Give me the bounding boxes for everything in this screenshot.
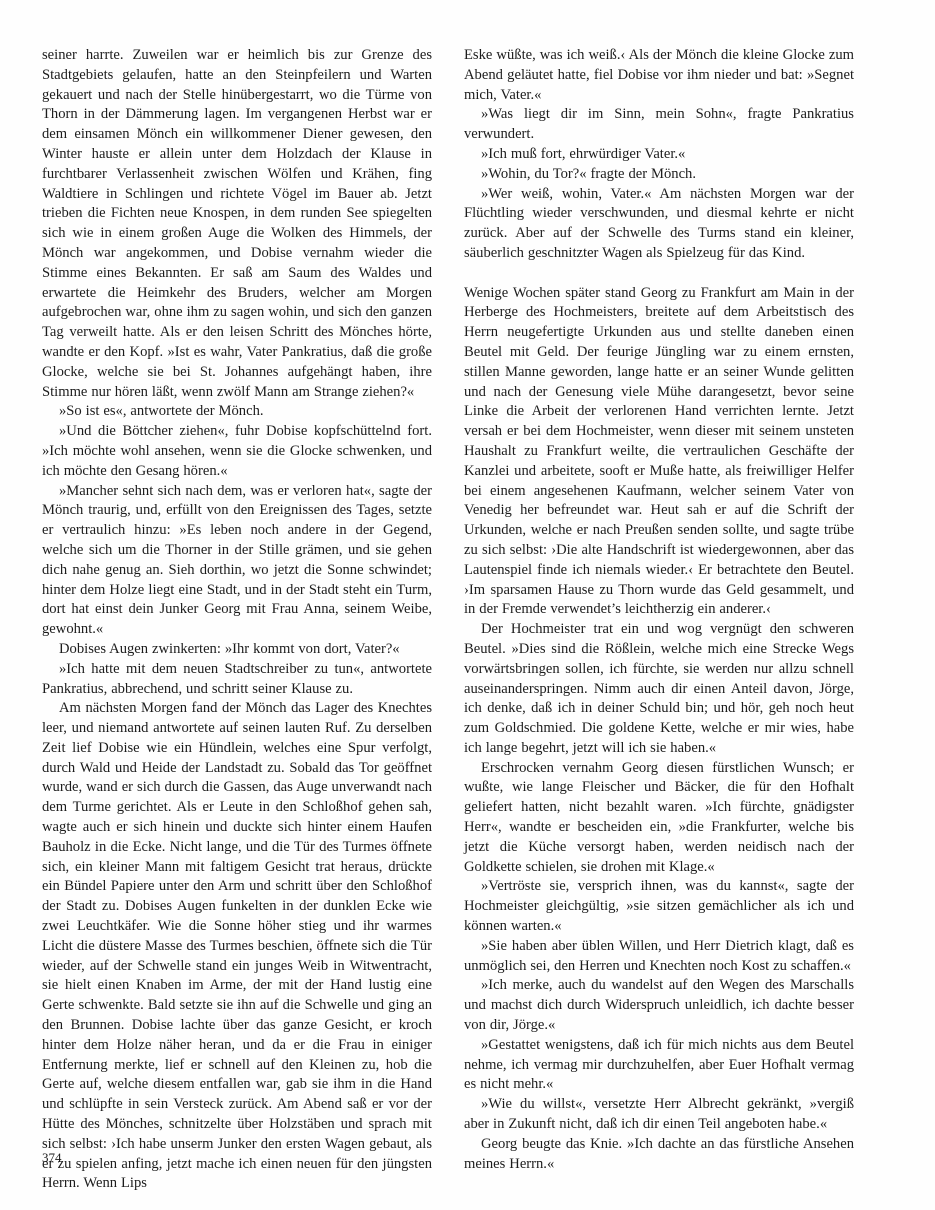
body-paragraph: Dobises Augen zwinkerten: »Ihr kommt von…: [42, 640, 432, 660]
body-paragraph: Am nächsten Morgen fand der Mönch das La…: [42, 699, 432, 1194]
body-paragraph: »Ich muß fort, ehrwürdiger Vater.«: [464, 145, 854, 165]
text-block: seiner harrte. Zuweilen war er heimlich …: [42, 46, 854, 1194]
body-paragraph: »Und die Böttcher ziehen«, fuhr Dobise k…: [42, 422, 432, 481]
body-paragraph: »Ich hatte mit dem neuen Stadtschreiber …: [42, 660, 432, 700]
body-paragraph: Erschrocken vernahm Georg diesen fürstli…: [464, 759, 854, 878]
body-paragraph: »Sie haben aber üblen Willen, und Herr D…: [464, 937, 854, 977]
left-column: seiner harrte. Zuweilen war er heimlich …: [42, 46, 432, 1194]
body-paragraph: seiner harrte. Zuweilen war er heimlich …: [42, 46, 432, 402]
body-paragraph: »Wohin, du Tor?« fragte der Mönch.: [464, 165, 854, 185]
body-paragraph: »Wie du willst«, versetzte Herr Albrecht…: [464, 1095, 854, 1135]
body-paragraph: »Vertröste sie, versprich ihnen, was du …: [464, 877, 854, 936]
body-paragraph: »Was liegt dir im Sinn, mein Sohn«, frag…: [464, 105, 854, 145]
section-start-paragraph: Wenige Wochen später stand Georg zu Fran…: [464, 284, 854, 621]
body-paragraph: »Gestattet wenigstens, daß ich für mich …: [464, 1036, 854, 1095]
body-paragraph: »Ich merke, auch du wandelst auf den Weg…: [464, 976, 854, 1035]
book-page: seiner harrte. Zuweilen war er heimlich …: [0, 0, 935, 1210]
body-paragraph: Der Hochmeister trat ein und wog vergnüg…: [464, 620, 854, 759]
body-paragraph: »Wer weiß, wohin, Vater.« Am nächsten Mo…: [464, 185, 854, 264]
body-paragraph: Eske wüßte, was ich weiß.‹ Als der Mönch…: [464, 46, 854, 105]
body-paragraph: Georg beugte das Knie. »Ich dachte an da…: [464, 1135, 854, 1175]
body-paragraph: »So ist es«, antwortete der Mönch.: [42, 402, 432, 422]
page-number: 374: [42, 1150, 62, 1166]
right-column: Eske wüßte, was ich weiß.‹ Als der Mönch…: [464, 46, 854, 1194]
body-paragraph: »Mancher sehnt sich nach dem, was er ver…: [42, 482, 432, 640]
